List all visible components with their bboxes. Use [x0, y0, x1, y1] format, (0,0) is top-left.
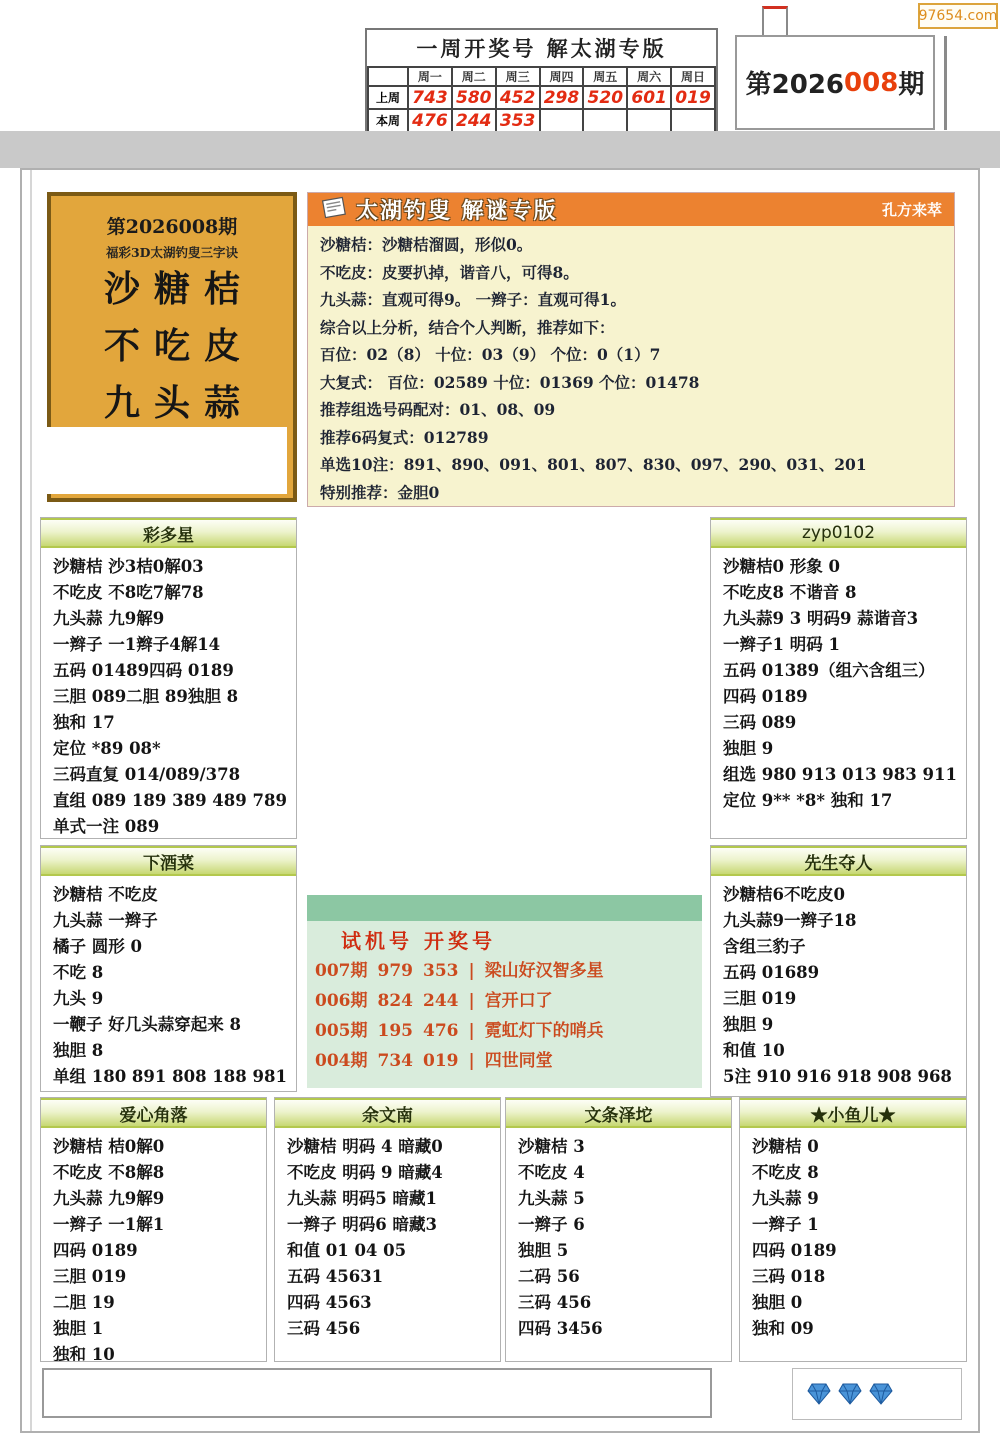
text-line: 一辫子 1 [752, 1212, 956, 1238]
text-line: 九头蒜9 3 明码9 蒜谐音3 [723, 606, 956, 632]
result-cell: 601 [627, 86, 671, 109]
predictor-box-wentiaozetuo: 文条泽坨 沙糖桔 3 不吃皮 4 九头蒜 5 一辫子 6 独胆 5 二码 56 … [505, 1097, 732, 1362]
text-line: 独和 17 [53, 710, 286, 736]
text-line: 一辫子 一1辫子4解14 [53, 632, 286, 658]
result-cell [540, 109, 584, 132]
box-title: zyp0102 [711, 518, 966, 548]
day-header: 周四 [540, 67, 584, 86]
day-header: 周一 [408, 67, 452, 86]
result-cell: 580 [452, 86, 496, 109]
text-line: 九头 9 [53, 986, 286, 1012]
text-line: 直组 089 189 389 489 789 [53, 788, 286, 814]
predictor-box-caiduoxing: 彩多星 沙糖桔 沙3桔0解03 不吃皮 不8吃7解78 九头蒜 九9解9 一辫子… [40, 517, 297, 839]
week-table: 周一 周二 周三 周四 周五 周六 周日 上周 743 580 452 298 … [367, 66, 716, 133]
text-line: 单式一注 089 [53, 814, 286, 839]
text-line: 不吃 8 [53, 960, 286, 986]
box-title: 爱心角落 [41, 1098, 266, 1128]
result-cell: 476 [408, 109, 452, 132]
text-line: 九头蒜 九9解9 [53, 606, 286, 632]
text-line: 定位 *89 08* [53, 736, 286, 762]
text-line: 五码 01689 [723, 960, 956, 986]
text-line: 九头蒜 9 [752, 1186, 956, 1212]
text-line: 三胆 019 [723, 986, 956, 1012]
taihu-panel: 太湖钓叟 解谜专版 孔方来萃 沙糖桔：沙糖桔溜圆，形似0。 不吃皮：皮要扒掉，谐… [307, 192, 955, 507]
panel-header-band [307, 895, 702, 921]
text-line: 四码 3456 [518, 1316, 721, 1342]
taihu-header: 太湖钓叟 解谜专版 孔方来萃 [308, 193, 954, 226]
text-line: 沙糖桔0 形象 0 [723, 554, 956, 580]
gold-subtitle: 福彩3D太湖钓叟三字诀 [51, 243, 293, 261]
main-frame: 第2026008期 福彩3D太湖钓叟三字诀 沙糖桔 不吃皮 九头蒜 一辫子 太湖… [20, 168, 980, 1433]
row-label: 本周 [368, 109, 408, 132]
predictor-box-zyp0102: zyp0102 沙糖桔0 形象 0 不吃皮8 不谐音 8 九头蒜9 3 明码9 … [710, 517, 967, 839]
text-line: 四码 0189 [723, 684, 956, 710]
text-line: 一辫子 一1解1 [53, 1212, 256, 1238]
predictor-box-aixinjiaoluo: 爱心角落 沙糖桔 桔0解0 不吃皮 不8解8 九头蒜 九9解9 一辫子 一1解1… [40, 1097, 267, 1362]
frame-left-line [30, 170, 32, 1431]
separator-band [0, 131, 1000, 168]
draw-row: 006期824244|宫开口了 [315, 986, 702, 1016]
diamond-icon[interactable] [838, 1383, 862, 1405]
text-line: 单选10注：891、890、091、801、807、830、097、290、03… [320, 451, 942, 479]
text-line: 三码 018 [752, 1264, 956, 1290]
result-cell [671, 109, 715, 132]
text-line: 四码 0189 [752, 1238, 956, 1264]
draw-row: 005期195476|霓虹灯下的哨兵 [315, 1016, 702, 1046]
draw-row: 007期979353|梁山好汉智多星 [315, 956, 702, 986]
white-cover-box [35, 427, 287, 494]
text-line: 沙糖桔 桔0解0 [53, 1134, 256, 1160]
text-line: 九头蒜 九9解9 [53, 1186, 256, 1212]
text-line: 百位：02（8） 十位：03（9） 个位：0（1）7 [320, 341, 942, 369]
newspaper-icon [320, 196, 348, 224]
text-line: 沙糖桔6不吃皮0 [723, 882, 956, 908]
text-line: 九头蒜 明码5 暗藏1 [287, 1186, 490, 1212]
text-line: 一辫子1 明码 1 [723, 632, 956, 658]
text-line: 九头蒜 5 [518, 1186, 721, 1212]
text-line: 独胆 9 [723, 736, 956, 762]
text-line: 九头蒜：直观可得9。 一辫子：直观可得1。 [320, 286, 942, 314]
day-header: 周三 [496, 67, 540, 86]
this-week-row: 本周 476 244 353 [368, 109, 715, 132]
text-line: 组选 980 913 013 983 911 [723, 762, 956, 788]
text-line: 5注 910 916 918 908 968 [723, 1064, 956, 1090]
result-cell: 244 [452, 109, 496, 132]
text-line: 一辫子 明码6 暗藏3 [287, 1212, 490, 1238]
riddle-line: 不吃皮 [51, 318, 293, 375]
text-line: 独胆 0 [752, 1290, 956, 1316]
text-line: 三码 089 [723, 710, 956, 736]
text-line: 四码 0189 [53, 1238, 256, 1264]
result-cell [627, 109, 671, 132]
taihu-header-right: 孔方来萃 [882, 199, 942, 220]
text-line: 和值 10 [723, 1038, 956, 1064]
text-line: 独胆 5 [518, 1238, 721, 1264]
result-cell: 743 [408, 86, 452, 109]
text-line: 不吃皮 明码 9 暗藏4 [287, 1160, 490, 1186]
taihu-title: 太湖钓叟 解谜专版 [356, 194, 558, 225]
test-draw-title: 试机号 开奖号 [341, 925, 702, 954]
result-cell [583, 109, 627, 132]
result-cell: 452 [496, 86, 540, 109]
text-line: 二胆 19 [53, 1290, 256, 1316]
gold-issue: 第2026008期 [51, 212, 293, 239]
text-line: 九头蒜9一辫子18 [723, 908, 956, 934]
text-line: 和值 01 04 05 [287, 1238, 490, 1264]
text-line: 三胆 019 [53, 1264, 256, 1290]
day-header: 周二 [452, 67, 496, 86]
text-line: 三码 456 [518, 1290, 721, 1316]
text-line: 三胆 089二胆 89独胆 8 [53, 684, 286, 710]
predictor-box-yuwennan: 余文南 沙糖桔 明码 4 暗藏0 不吃皮 明码 9 暗藏4 九头蒜 明码5 暗藏… [274, 1097, 501, 1362]
text-line: 五码 45631 [287, 1264, 490, 1290]
text-line: 独和 09 [752, 1316, 956, 1342]
diamond-icon[interactable] [869, 1383, 893, 1405]
text-line: 不吃皮 不8吃7解78 [53, 580, 286, 606]
row-label: 上周 [368, 86, 408, 109]
text-line: 沙糖桔 0 [752, 1134, 956, 1160]
box-title: 彩多星 [41, 518, 296, 548]
text-line: 五码 01489四码 0189 [53, 658, 286, 684]
text-line: 定位 9** *8* 独和 17 [723, 788, 956, 814]
text-line: 不吃皮 8 [752, 1160, 956, 1186]
text-line: 独和 10 [53, 1342, 256, 1362]
result-cell: 353 [496, 109, 540, 132]
text-line: 一辫子 6 [518, 1212, 721, 1238]
text-line: 沙糖桔 明码 4 暗藏0 [287, 1134, 490, 1160]
text-line: 推荐组选号码配对：01、08、09 [320, 396, 942, 424]
corner-cell [368, 67, 408, 86]
day-header: 周五 [583, 67, 627, 86]
vertical-divider [944, 36, 947, 130]
text-line: 三码 456 [287, 1316, 490, 1342]
week-header-row: 周一 周二 周三 周四 周五 周六 周日 [368, 67, 715, 86]
text-line: 不吃皮：皮要扒掉，谐音八，可得8。 [320, 259, 942, 287]
text-line: 五码 01389（组六含组三） [723, 658, 956, 684]
box-title: ★小鱼儿★ [740, 1098, 966, 1128]
gem-rating-box [792, 1368, 962, 1420]
text-line: 综合以上分析，结合个人判断，推荐如下： [320, 314, 942, 342]
issue-suffix: 期 [898, 64, 924, 101]
text-line: 沙糖桔 沙3桔0解03 [53, 554, 286, 580]
text-line: 单组 180 891 808 188 981 [53, 1064, 286, 1090]
text-line: 九头蒜 一辫子 [53, 908, 286, 934]
text-line: 沙糖桔 不吃皮 [53, 882, 286, 908]
week-results-box: 一周开奖号 解太湖专版 周一 周二 周三 周四 周五 周六 周日 上周 743 … [365, 28, 718, 134]
text-line: 三码直复 014/089/378 [53, 762, 286, 788]
text-line: 特别推荐：金胆0 [320, 479, 942, 507]
issue-highlight: 008 [844, 68, 898, 98]
text-line: 含组三豹子 [723, 934, 956, 960]
text-line: 不吃皮 不8解8 [53, 1160, 256, 1186]
result-cell: 019 [671, 86, 715, 109]
box-title: 先生夺人 [711, 846, 966, 876]
result-cell: 298 [540, 86, 584, 109]
text-line: 独胆 1 [53, 1316, 256, 1342]
day-header: 周日 [671, 67, 715, 86]
issue-number-box: 第2026008期 [735, 35, 935, 130]
text-line: 独胆 8 [53, 1038, 286, 1064]
riddle-line: 九头蒜 [51, 375, 293, 432]
text-line: 推荐6码复式：012789 [320, 424, 942, 452]
riddle-line: 沙糖桔 [51, 261, 293, 318]
footer-input[interactable] [42, 1368, 712, 1418]
box-title: 下酒菜 [41, 846, 296, 876]
taihu-body: 沙糖桔：沙糖桔溜圆，形似0。 不吃皮：皮要扒掉，谐音八，可得8。 九头蒜：直观可… [308, 226, 954, 506]
last-week-row: 上周 743 580 452 298 520 601 019 [368, 86, 715, 109]
draw-row: 004期734019|四世同堂 [315, 1046, 702, 1076]
site-badge[interactable]: 97654.com [918, 3, 998, 29]
predictor-box-xianshengduoren: 先生夺人 沙糖桔6不吃皮0 九头蒜9一辫子18 含组三豹子 五码 01689 三… [710, 845, 967, 1097]
text-line: 沙糖桔：沙糖桔溜圆，形似0。 [320, 231, 942, 259]
diamond-icon[interactable] [807, 1383, 831, 1405]
predictor-box-xiaoyuer: ★小鱼儿★ 沙糖桔 0 不吃皮 8 九头蒜 9 一辫子 1 四码 0189 三码… [739, 1097, 967, 1362]
predictor-box-xiajiucai: 下酒菜 沙糖桔 不吃皮 九头蒜 一辫子 橘子 圆形 0 不吃 8 九头 9 一鞭… [40, 845, 297, 1092]
text-line: 不吃皮8 不谐音 8 [723, 580, 956, 606]
text-line: 二码 56 [518, 1264, 721, 1290]
result-cell: 520 [583, 86, 627, 109]
text-line: 不吃皮 4 [518, 1160, 721, 1186]
text-line: 橘子 圆形 0 [53, 934, 286, 960]
text-line: 四码 4563 [287, 1290, 490, 1316]
text-line: 沙糖桔 3 [518, 1134, 721, 1160]
box-title: 余文南 [275, 1098, 500, 1128]
text-line: 一鞭子 好几头蒜穿起来 8 [53, 1012, 286, 1038]
week-table-title: 一周开奖号 解太湖专版 [367, 30, 716, 66]
text-line: 大复式： 百位：02589 十位：01369 个位：01478 [320, 369, 942, 397]
test-draw-panel: 试机号 开奖号 007期979353|梁山好汉智多星 006期824244|宫开… [307, 895, 702, 1088]
issue-prefix: 第2026 [746, 64, 844, 101]
text-line: 独胆 9 [723, 1012, 956, 1038]
day-header: 周六 [627, 67, 671, 86]
box-title: 文条泽坨 [506, 1098, 731, 1128]
